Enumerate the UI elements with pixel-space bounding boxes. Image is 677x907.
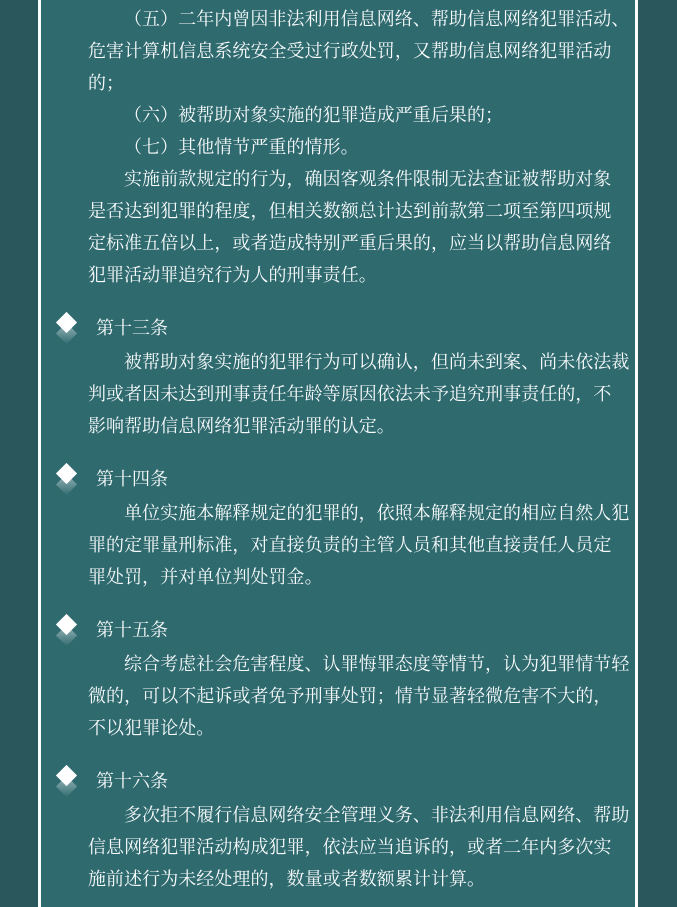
section-heading-label: 第十五条 <box>96 620 168 640</box>
paragraph-line: 多次拒不履行信息网络安全管理义务、非法利用信息网络、帮助 <box>88 799 630 831</box>
section-article-16: 第十六条 多次拒不履行信息网络安全管理义务、非法利用信息网络、帮助 信息网络犯罪… <box>88 765 630 895</box>
diamond-bullet-icon <box>55 614 79 650</box>
section-paragraph: 多次拒不履行信息网络安全管理义务、非法利用信息网络、帮助 信息网络犯罪活动构成犯… <box>88 799 630 895</box>
section-heading-label: 第十三条 <box>96 318 168 338</box>
paragraph-line: 犯罪活动罪追究行为人的刑事责任。 <box>88 259 630 291</box>
paragraph-line: 单位实施本解释规定的犯罪的，依照本解释规定的相应自然人犯 <box>88 497 630 529</box>
section-heading: 第十六条 <box>96 765 630 797</box>
section-heading-label: 第十六条 <box>96 771 168 791</box>
paragraph-line: 不以犯罪论处。 <box>88 712 630 744</box>
paragraph-line: 被帮助对象实施的犯罪行为可以确认，但尚未到案、尚未依法裁 <box>88 346 630 378</box>
paragraph-line: 的； <box>88 67 630 99</box>
paragraph-line: 是否达到犯罪的程度，但相关数额总计达到前款第二项至第四项规 <box>88 195 630 227</box>
paragraph-line: （六）被帮助对象实施的犯罪造成严重后果的； <box>88 99 630 131</box>
right-divider-line <box>635 0 638 907</box>
section-heading: 第十四条 <box>96 463 630 495</box>
section-article-15: 第十五条 综合考虑社会危害程度、认罪悔罪态度等情节，认为犯罪情节轻 微的，可以不… <box>88 614 630 744</box>
paragraph-line: （七）其他情节严重的情形。 <box>88 131 630 163</box>
section-heading-label: 第十四条 <box>96 469 168 489</box>
section-heading: 第十五条 <box>96 614 630 646</box>
paragraph-line: 危害计算机信息系统安全受过行政处罚，又帮助信息网络犯罪活动 <box>88 35 630 67</box>
intro-paragraph: （五）二年内曾因非法利用信息网络、帮助信息网络犯罪活动、 危害计算机信息系统安全… <box>88 3 630 291</box>
paragraph-line: （五）二年内曾因非法利用信息网络、帮助信息网络犯罪活动、 <box>88 3 630 35</box>
paragraph-line: 施前述行为未经处理的，数量或者数额累计计算。 <box>88 863 630 895</box>
section-heading: 第十三条 <box>96 312 630 344</box>
paragraph-line: 综合考虑社会危害程度、认罪悔罪态度等情节，认为犯罪情节轻 <box>88 648 630 680</box>
paragraph-line: 罪的定罪量刑标准，对直接负责的主管人员和其他直接责任人员定 <box>88 529 630 561</box>
section-paragraph: 单位实施本解释规定的犯罪的，依照本解释规定的相应自然人犯 罪的定罪量刑标准，对直… <box>88 497 630 593</box>
paragraph-line: 微的，可以不起诉或者免予刑事处罚；情节显著轻微危害不大的， <box>88 680 630 712</box>
legal-article-image: （五）二年内曾因非法利用信息网络、帮助信息网络犯罪活动、 危害计算机信息系统安全… <box>0 0 677 907</box>
paragraph-line: 罪处罚，并对单位判处罚金。 <box>88 561 630 593</box>
paragraph-line: 影响帮助信息网络犯罪活动罪的认定。 <box>88 410 630 442</box>
section-paragraph: 被帮助对象实施的犯罪行为可以确认，但尚未到案、尚未依法裁 判或者因未达到刑事责任… <box>88 346 630 442</box>
diamond-bullet-icon <box>55 312 79 348</box>
paragraph-line: 定标准五倍以上，或者造成特别严重后果的，应当以帮助信息网络 <box>88 227 630 259</box>
diamond-bullet-icon <box>55 765 79 801</box>
diamond-bullet-icon <box>55 463 79 499</box>
section-paragraph: 综合考虑社会危害程度、认罪悔罪态度等情节，认为犯罪情节轻 微的，可以不起诉或者免… <box>88 648 630 744</box>
paragraph-line: 判或者因未达到刑事责任年龄等原因依法未予追究刑事责任的，不 <box>88 378 630 410</box>
content-panel: （五）二年内曾因非法利用信息网络、帮助信息网络犯罪活动、 危害计算机信息系统安全… <box>41 0 635 907</box>
section-article-14: 第十四条 单位实施本解释规定的犯罪的，依照本解释规定的相应自然人犯 罪的定罪量刑… <box>88 463 630 593</box>
paragraph-line: 实施前款规定的行为，确因客观条件限制无法查证被帮助对象 <box>88 163 630 195</box>
paragraph-line: 信息网络犯罪活动构成犯罪，依法应当追诉的，或者二年内多次实 <box>88 831 630 863</box>
article-text: （五）二年内曾因非法利用信息网络、帮助信息网络犯罪活动、 危害计算机信息系统安全… <box>41 0 635 907</box>
section-article-13: 第十三条 被帮助对象实施的犯罪行为可以确认，但尚未到案、尚未依法裁 判或者因未达… <box>88 312 630 442</box>
